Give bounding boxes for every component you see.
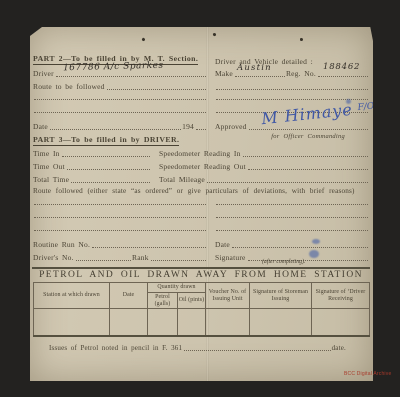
dotted-leader bbox=[196, 127, 206, 130]
dotted-cell bbox=[33, 228, 207, 232]
route-row: Route to be followed bbox=[33, 83, 369, 91]
routine-date-field: Date bbox=[215, 241, 369, 249]
col-driver-signature-header: Signature of ‘Driver Receiving bbox=[312, 283, 370, 309]
empty-cell bbox=[110, 309, 148, 337]
part3-heading-cell: PART 3—To be filled in by DRIVER. bbox=[33, 136, 207, 146]
dotted-leader bbox=[67, 167, 150, 170]
issues-date-suffix: date. bbox=[332, 344, 347, 352]
route-followed-note: Route followed (either state “as ordered… bbox=[33, 188, 355, 195]
blank-dotted-row bbox=[33, 228, 369, 232]
dotted-leader bbox=[232, 245, 368, 248]
petrol-section-title: PETROL AND OIL DRAWN AWAY FROM HOME STAT… bbox=[32, 267, 370, 280]
date-field: Date 194 bbox=[33, 123, 207, 131]
empty-cell bbox=[148, 309, 178, 337]
reg-handwritten-value: 188462 bbox=[323, 62, 360, 72]
time-in-field: Time In bbox=[33, 150, 151, 158]
ink-smudge bbox=[346, 99, 351, 104]
dotted-cell bbox=[215, 228, 369, 232]
total-time-row: Total Time Total Mileage bbox=[33, 176, 369, 184]
empty-cell bbox=[312, 309, 370, 337]
empty-cell bbox=[206, 309, 250, 337]
driver-label: Driver bbox=[33, 70, 55, 78]
petrol-oil-table: Station at which drawn Date Quantity dra… bbox=[33, 282, 370, 337]
speedometer-in-label: Speedometer Reading In bbox=[159, 150, 242, 158]
rank-label: Rank bbox=[132, 254, 150, 262]
dotted-leader bbox=[248, 167, 368, 170]
blank-dotted-row bbox=[33, 202, 369, 206]
blank-dotted-row bbox=[33, 97, 369, 101]
dotted-leader bbox=[151, 258, 206, 261]
drivers-no-rank-fields: Driver's No. Rank bbox=[33, 254, 207, 262]
route-followed-note-row: Route followed (either state “as ordered… bbox=[33, 188, 369, 195]
col-date-header: Date bbox=[110, 283, 148, 309]
dotted-leader bbox=[235, 74, 285, 77]
dotted-cell bbox=[33, 202, 207, 206]
dotted-leader bbox=[243, 154, 368, 157]
pin-hole bbox=[213, 33, 217, 37]
make-handwritten-value: Austin bbox=[237, 63, 272, 73]
dotted-cell bbox=[33, 215, 207, 219]
dotted-cell bbox=[33, 97, 207, 101]
dotted-leader bbox=[76, 258, 131, 261]
col-storeman-signature-header: Signature of Storeman Issuing bbox=[250, 283, 312, 309]
ink-smudge bbox=[309, 250, 319, 258]
dotted-leader bbox=[107, 87, 206, 90]
table-header-row-1: Station at which drawn Date Quantity dra… bbox=[34, 283, 370, 293]
dotted-cell bbox=[33, 110, 207, 114]
dotted-leader bbox=[50, 127, 181, 130]
signature-rank: F/O. bbox=[357, 101, 377, 113]
speedo-out-field: Speedometer Reading Out bbox=[159, 163, 369, 171]
dotted-leader bbox=[34, 202, 206, 205]
total-time-field: Total Time bbox=[33, 176, 151, 184]
routine-run-label: Routine Run No. bbox=[33, 241, 91, 249]
dotted-leader bbox=[184, 348, 330, 351]
date-label: Date bbox=[33, 123, 49, 131]
dotted-leader bbox=[92, 245, 206, 248]
route-label: Route to be followed bbox=[33, 83, 106, 91]
routine-date-label: Date bbox=[215, 241, 231, 249]
dotted-leader bbox=[216, 215, 368, 218]
dotted-leader bbox=[216, 202, 368, 205]
dotted-leader bbox=[34, 228, 206, 231]
quantity-drawn-header: Quantity drawn bbox=[148, 283, 206, 293]
reg-no-label: Reg. No. bbox=[286, 70, 317, 78]
routine-run-field: Routine Run No. bbox=[33, 241, 207, 249]
dotted-leader bbox=[62, 154, 150, 157]
dotted-leader bbox=[71, 180, 150, 183]
speedometer-out-label: Speedometer Reading Out bbox=[159, 163, 247, 171]
dotted-leader bbox=[34, 97, 206, 100]
table-empty-row bbox=[34, 309, 370, 337]
make-label: Make bbox=[215, 70, 234, 78]
col-voucher-header: Voucher No. of Issuing Unit bbox=[206, 283, 250, 309]
dotted-leader bbox=[207, 180, 368, 183]
empty-cell bbox=[178, 309, 206, 337]
dotted-leader bbox=[216, 228, 368, 231]
route-field: Route to be followed bbox=[33, 83, 207, 91]
total-time-label: Total Time bbox=[33, 176, 70, 184]
part3-header-row: PART 3—To be filled in by DRIVER. bbox=[33, 136, 369, 146]
dotted-leader bbox=[34, 215, 206, 218]
dotted-leader bbox=[318, 74, 368, 77]
pin-hole bbox=[300, 38, 303, 41]
time-in-label: Time In bbox=[33, 150, 61, 158]
dotted-leader bbox=[216, 87, 368, 90]
after-completing-note: (after completing). bbox=[262, 259, 305, 265]
col-oil-header: Oil (pints) bbox=[178, 292, 206, 309]
total-mileage-field: Total Mileage bbox=[159, 176, 369, 184]
col-station-header: Station at which drawn bbox=[34, 283, 110, 309]
date-year-prefix: 194 bbox=[182, 123, 195, 131]
total-mileage-label: Total Mileage bbox=[159, 176, 206, 184]
dotted-cell bbox=[215, 202, 369, 206]
issues-note: Issues of Petrol noted in pencil in F. 3… bbox=[49, 344, 183, 352]
speedo-in-field: Speedometer Reading In bbox=[159, 150, 369, 158]
dotted-cell bbox=[215, 215, 369, 219]
route-continuation bbox=[215, 87, 369, 91]
time-out-row: Time Out Speedometer Reading Out bbox=[33, 163, 369, 171]
dotted-leader bbox=[56, 74, 206, 77]
time-in-row: Time In Speedometer Reading In bbox=[33, 150, 369, 158]
scanned-form-sheet: PART 2—To be filled in by M. T. Section.… bbox=[30, 27, 373, 381]
archive-watermark: BCC Digital Archive bbox=[344, 371, 391, 377]
time-out-field: Time Out bbox=[33, 163, 151, 171]
time-out-label: Time Out bbox=[33, 163, 66, 171]
issues-note-row: Issues of Petrol noted in pencil in F. 3… bbox=[49, 344, 347, 352]
drivers-no-label: Driver's No. bbox=[33, 254, 75, 262]
empty-cell bbox=[34, 309, 110, 337]
dotted-leader bbox=[34, 110, 206, 113]
date-approved-row: Date 194 Approved bbox=[33, 123, 369, 131]
empty-cell bbox=[250, 309, 312, 337]
part3-heading: PART 3—To be filled in by DRIVER. bbox=[33, 136, 179, 146]
ink-smudge bbox=[312, 239, 320, 244]
pin-hole bbox=[141, 37, 145, 41]
signature-label: Signature bbox=[215, 254, 247, 262]
col-petrol-header: Petrol (galls) bbox=[148, 292, 178, 309]
blank-dotted-row bbox=[33, 215, 369, 219]
